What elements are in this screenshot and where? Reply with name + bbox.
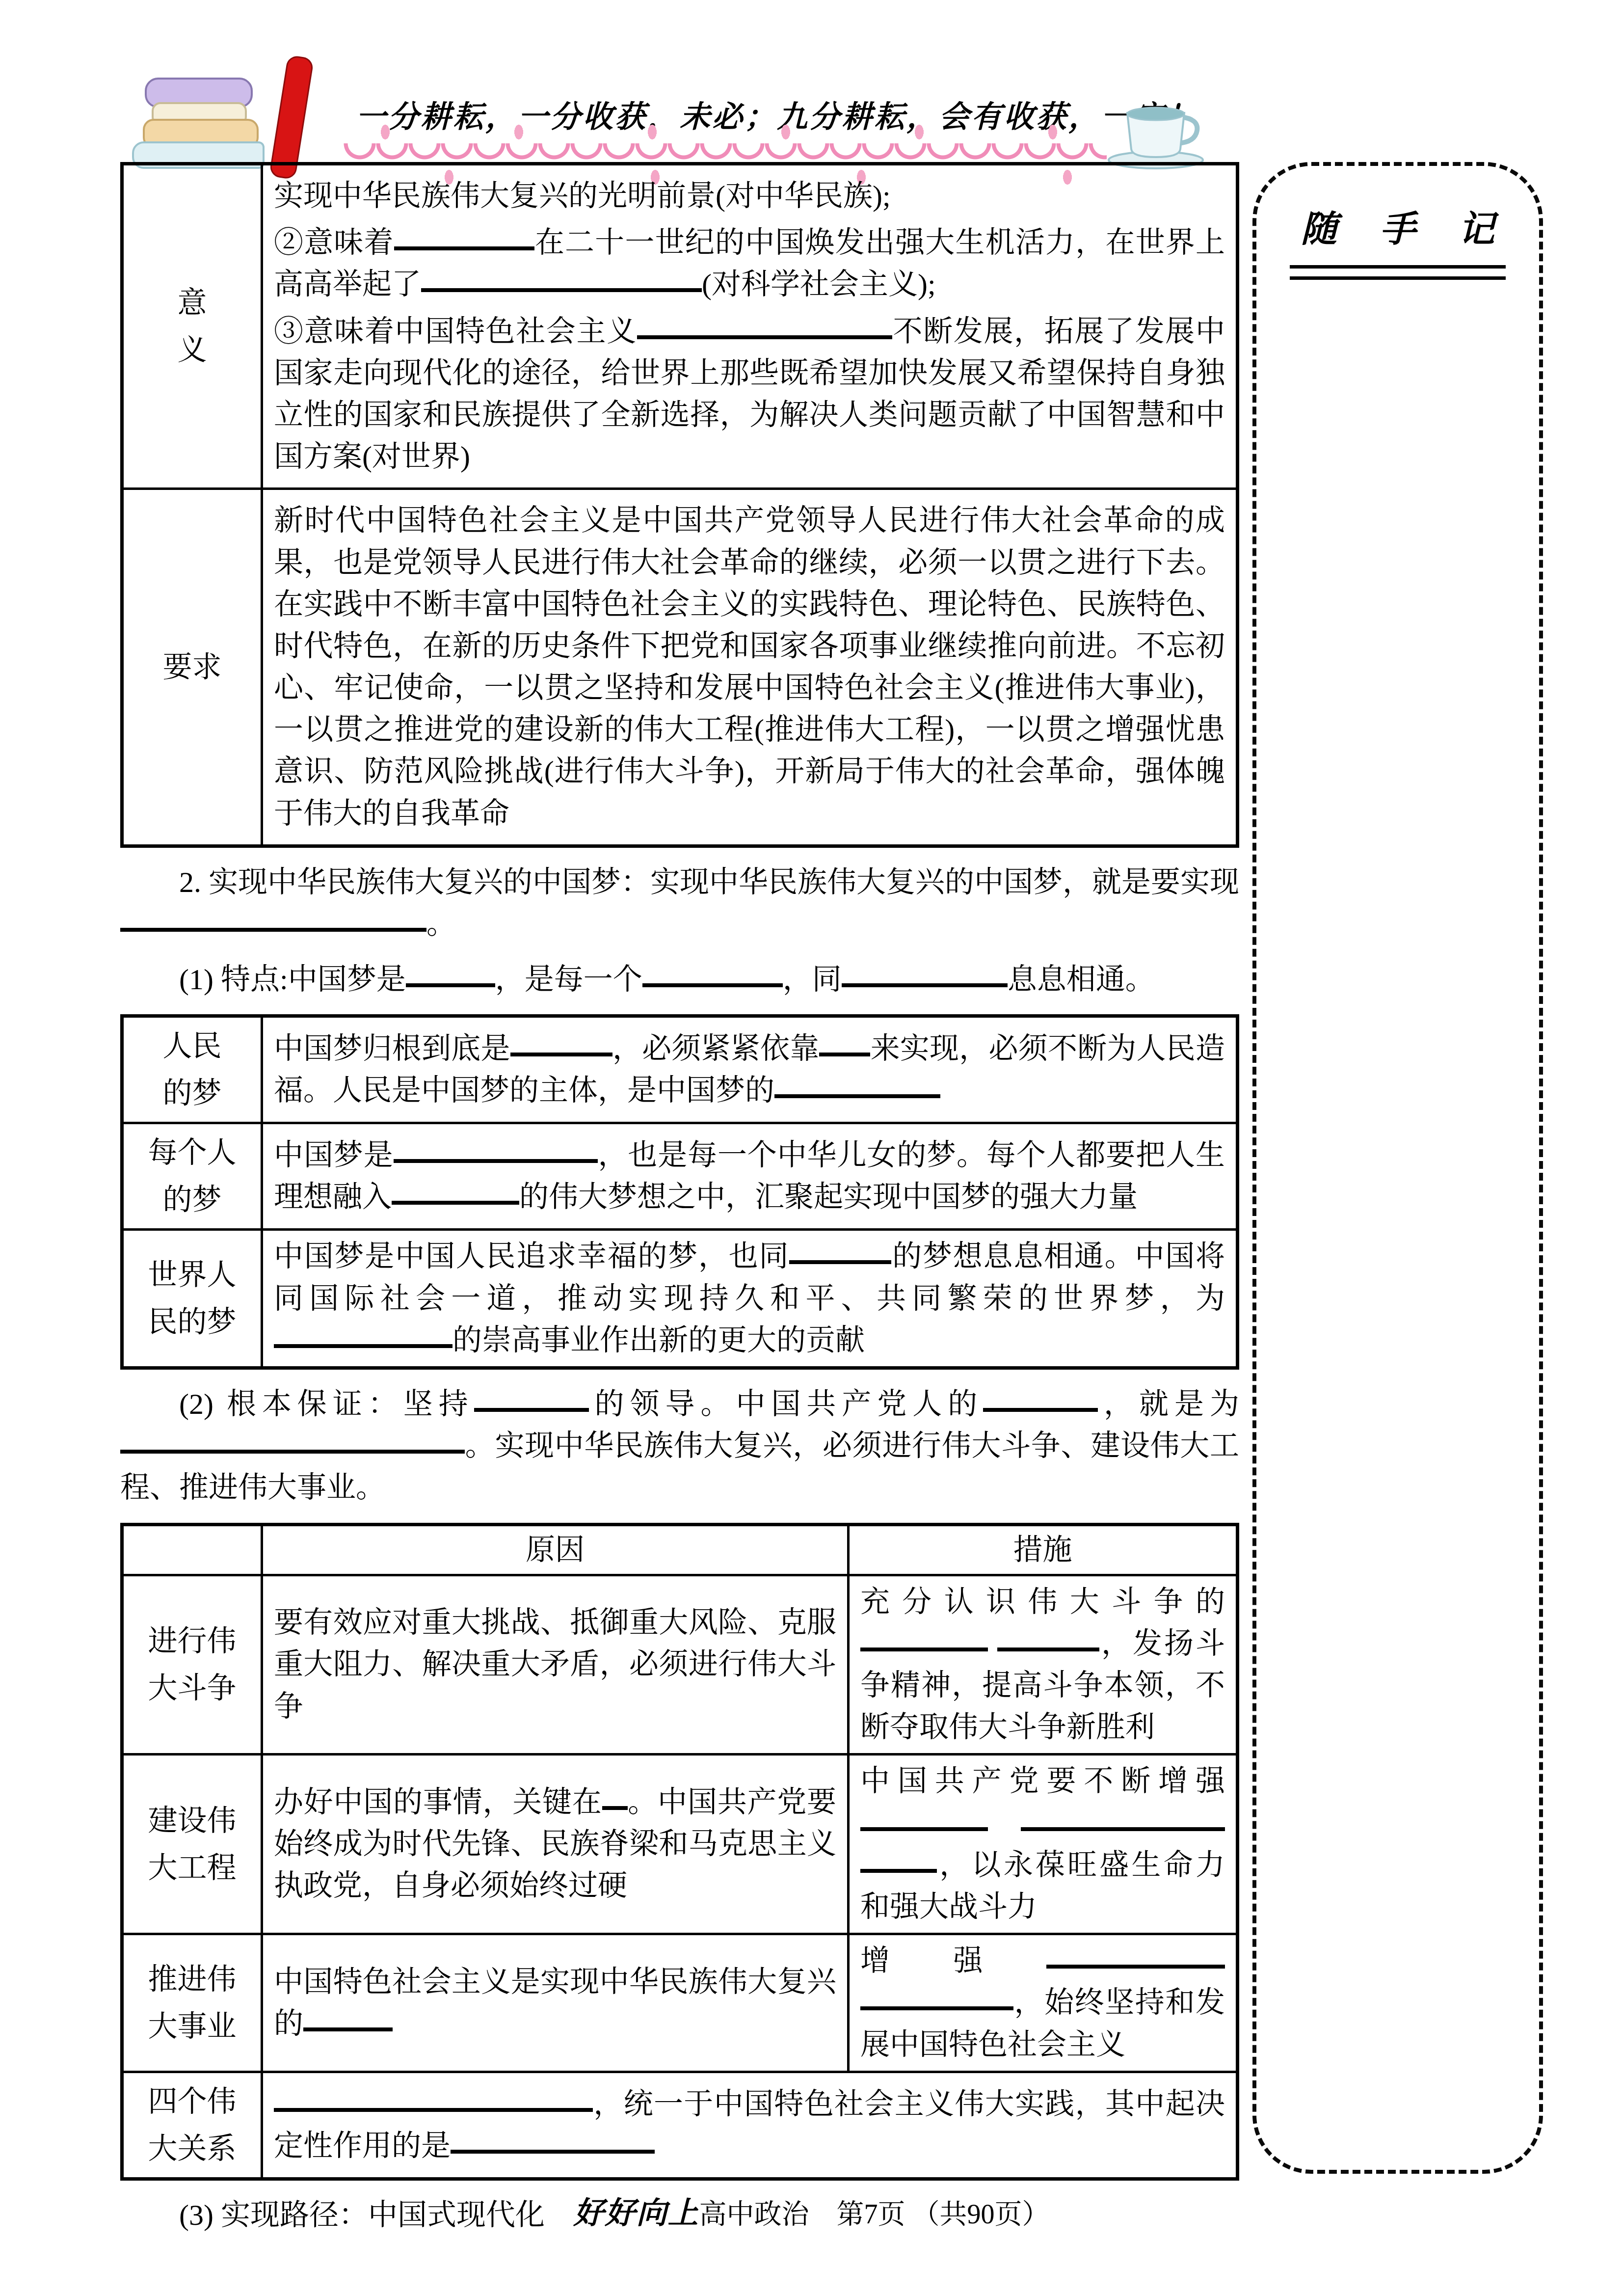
fill-in-blank <box>819 1053 870 1056</box>
fill-in-blank <box>983 1408 1098 1412</box>
table-header-row: 原因 措施 <box>122 1524 1238 1575</box>
row-content: 中国梦是中国人民追求幸福的梦，也同的梦想息息相通。中国将同国际社会一道，推动实现… <box>262 1230 1238 1368</box>
memo-box: 随 手 记 <box>1252 162 1543 2174</box>
footer-brand: 好好向上 <box>573 2197 699 2230</box>
fill-in-blank <box>394 1159 598 1163</box>
fill-in-blank <box>421 288 702 292</box>
table-row: 世界人 民的梦 中国梦是中国人民追求幸福的梦，也同的梦想息息相通。中国将同国际社… <box>122 1230 1238 1368</box>
row-content: 中国梦归根到底是，必须紧紧依靠来实现，必须不断为人民造福。人民是中国梦的主体，是… <box>262 1016 1238 1123</box>
paragraph: 实现中华民族伟大复兴的光明前景(对中华民族); <box>274 175 1225 217</box>
fill-in-blank <box>303 2027 393 2031</box>
footer-text: 高中政治 第7页 （共90页） <box>699 2199 1050 2230</box>
reason-cell: 中国特色社会主义是实现中华民族伟大复兴的 <box>262 1934 849 2072</box>
row-label: 意 义 <box>122 164 262 489</box>
books-stack-icon <box>125 64 341 169</box>
fill-in-blank <box>510 1053 612 1056</box>
fill-in-blank <box>860 1648 988 1651</box>
fill-in-blank <box>789 1260 891 1264</box>
fill-in-blank <box>474 1408 589 1412</box>
row-label: 世界人 民的梦 <box>122 1230 262 1368</box>
fill-in-blank <box>602 1806 628 1810</box>
fill-in-blank <box>774 1094 940 1098</box>
fill-in-blank <box>120 1450 465 1454</box>
section2-intro: 2. 实现中华民族伟大复兴的中国梦：实现中华民族伟大复兴的中国梦，就是要实现。 <box>120 862 1239 945</box>
table-row: 建设伟 大工程 办好中国的事情，关键在。中国共产党要始终成为时代先锋、民族脊梁和… <box>122 1755 1238 1934</box>
reason-header: 原因 <box>262 1524 849 1575</box>
fill-in-blank <box>120 928 426 932</box>
span-cell: ，统一于中国特色社会主义伟大实践，其中起决定性作用的是 <box>262 2072 1238 2179</box>
paragraph: ②意味着在二十一世纪的中国焕发出强大生机活力，在世界上高高举起了(对科学社会主义… <box>274 222 1225 305</box>
row-label: 建设伟 大工程 <box>122 1755 262 1934</box>
measure-cell: 中国共产党要不断增强 ，以永葆旺盛生命力和强大战斗力 <box>849 1755 1238 1934</box>
row-label: 推进伟 大事业 <box>122 1934 262 2072</box>
fill-in-blank <box>997 1648 1099 1651</box>
reason-cell: 办好中国的事情，关键在。中国共产党要始终成为时代先锋、民族脊梁和马克思主义执政党… <box>262 1755 849 1934</box>
page-footer: 好好向上高中政治 第7页 （共90页） <box>0 2188 1623 2232</box>
row-label: 每个人 的梦 <box>122 1123 262 1230</box>
row-content: 中国梦是，也是每一个中华儿女的梦。每个人都要把人生理想融入的伟大梦想之中，汇聚起… <box>262 1123 1238 1230</box>
measure-header: 措施 <box>849 1524 1238 1575</box>
struggle-project-cause-table: 原因 措施 进行伟 大斗争 要有效应对重大挑战、抵御重大风险、克服重大阻力、解决… <box>120 1523 1239 2181</box>
fill-in-blank <box>394 246 534 250</box>
corner-header <box>122 1524 262 1575</box>
main-content: 意 义 实现中华民族伟大复兴的光明前景(对中华民族); ②意味着在二十一世纪的中… <box>120 162 1239 2250</box>
table-row: 推进伟 大事业 中国特色社会主义是实现中华民族伟大复兴的 增强 ，始终坚持和发展… <box>122 1934 1238 2072</box>
row-content: 新时代中国特色社会主义是中国共产党领导人民进行伟大社会革命的成果，也是党领导人民… <box>262 489 1238 846</box>
row-label: 四个伟 大关系 <box>122 2072 262 2179</box>
fill-in-blank <box>860 2006 1013 2010</box>
fill-in-blank <box>842 983 1008 987</box>
paragraph: 新时代中国特色社会主义是中国共产党领导人民进行伟大社会革命的成果，也是党领导人民… <box>274 500 1225 835</box>
fill-in-blank <box>406 983 495 987</box>
measure-cell: 充分认识伟大斗争的 ，发扬斗争精神，提高斗争本领，不断夺取伟大斗争新胜利 <box>849 1575 1238 1755</box>
page-header: 一分耕耘，一分收获，未必；九分耕耘，会有收获，一定！ <box>0 0 1623 177</box>
table-row: 意 义 实现中华民族伟大复兴的光明前景(对中华民族); ②意味着在二十一世纪的中… <box>122 164 1238 489</box>
significance-requirements-table: 意 义 实现中华民族伟大复兴的光明前景(对中华民族); ②意味着在二十一世纪的中… <box>120 162 1239 848</box>
section2-point1: (1) 特点:中国梦是，是每一个，同息息相通。 <box>120 959 1239 1000</box>
china-dream-table: 人民 的梦 中国梦归根到底是，必须紧紧依靠来实现，必须不断为人民造福。人民是中国… <box>120 1014 1239 1370</box>
table-row: 要求 新时代中国特色社会主义是中国共产党领导人民进行伟大社会革命的成果，也是党领… <box>122 489 1238 846</box>
table-row: 四个伟 大关系 ，统一于中国特色社会主义伟大实践，其中起决定性作用的是 <box>122 2072 1238 2179</box>
section2-point2: (2) 根本保证：坚持的领导。中国共产党人的，就是为。实现中华民族伟大复兴，必须… <box>120 1383 1239 1509</box>
fill-in-blank <box>1046 1965 1225 1969</box>
table-row: 人民 的梦 中国梦归根到底是，必须紧紧依靠来实现，必须不断为人民造福。人民是中国… <box>122 1016 1238 1123</box>
row-content: 实现中华民族伟大复兴的光明前景(对中华民族); ②意味着在二十一世纪的中国焕发出… <box>262 164 1238 489</box>
fill-in-blank <box>274 1344 452 1348</box>
row-label: 人民 的梦 <box>122 1016 262 1123</box>
fill-in-blank <box>451 2150 655 2154</box>
red-bookmark-icon <box>269 54 314 180</box>
fill-in-blank <box>1021 1827 1225 1831</box>
fill-in-blank <box>392 1201 519 1205</box>
memo-title: 随 手 记 <box>1256 200 1539 252</box>
fill-in-blank <box>274 2108 593 2112</box>
table-row: 进行伟 大斗争 要有效应对重大挑战、抵御重大风险、克服重大阻力、解决重大矛盾，必… <box>122 1575 1238 1755</box>
memo-double-rule <box>1290 265 1506 280</box>
measure-cell: 增强 ，始终坚持和发展中国特色社会主义 <box>849 1934 1238 2072</box>
pink-dots-decoration <box>378 124 1090 140</box>
fill-in-blank <box>860 1869 937 1873</box>
table-row: 每个人 的梦 中国梦是，也是每一个中华儿女的梦。每个人都要把人生理想融入的伟大梦… <box>122 1123 1238 1230</box>
reason-cell: 要有效应对重大挑战、抵御重大风险、克服重大阻力、解决重大矛盾，必须进行伟大斗争 <box>262 1575 849 1755</box>
row-label: 进行伟 大斗争 <box>122 1575 262 1755</box>
fill-in-blank <box>642 983 783 987</box>
fill-in-blank <box>860 1827 988 1831</box>
fill-in-blank <box>637 335 892 339</box>
teacup-icon <box>1107 102 1210 171</box>
paragraph: ③意味着中国特色社会主义不断发展，拓展了发展中国家走向现代化的途径，给世界上那些… <box>274 311 1225 478</box>
workbook-page: { "header": { "motto": "一分耕耘，一分收获，未必；九分耕… <box>0 0 1623 2296</box>
row-label: 要求 <box>122 489 262 846</box>
